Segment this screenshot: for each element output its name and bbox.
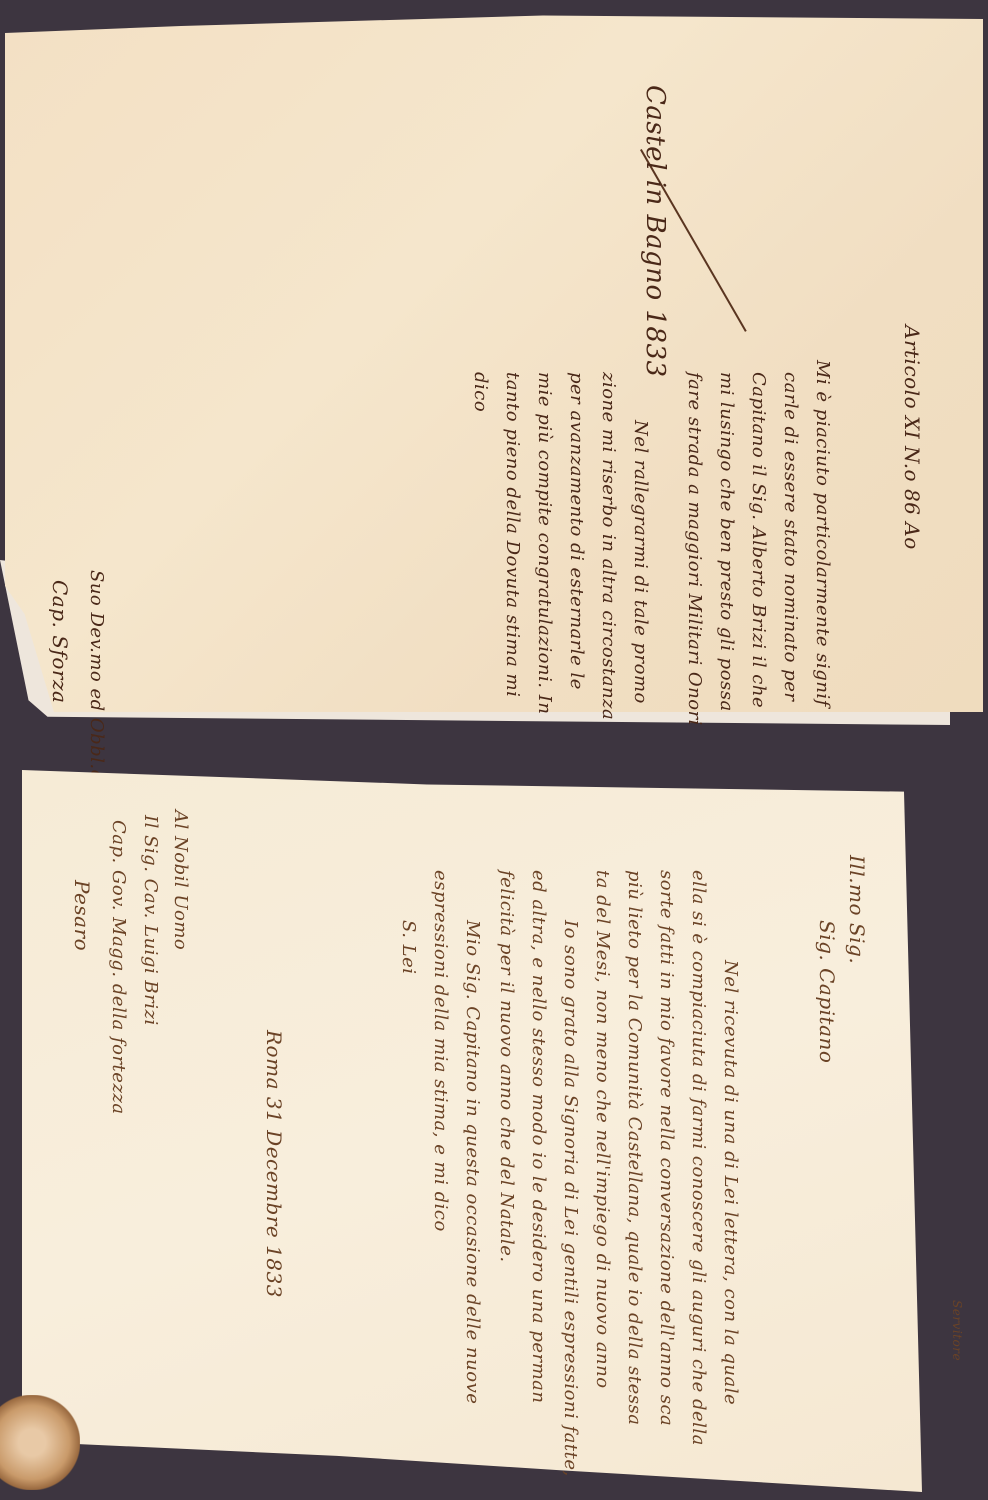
top-letter-line: tanto pieno della Dovuta stima mi bbox=[502, 372, 523, 697]
bottom-letter-salutation: Ill.mo Sig. bbox=[845, 855, 869, 964]
bottom-letter-line: Nel ricevuta di una di Lei lettera, con … bbox=[720, 960, 741, 1405]
bottom-letter-line: Io sono grato alla Signoria di Lei genti… bbox=[560, 920, 581, 1477]
top-letter-heading: Castel in Bagno 1833 bbox=[640, 85, 670, 378]
addressee-city: Pesaro bbox=[70, 880, 94, 951]
bottom-letter-line: ed altra, e nello stesso modo io le desi… bbox=[528, 870, 549, 1404]
top-letter-line: Capitano il Sig. Alberto Brizi il che bbox=[748, 372, 769, 708]
bottom-letter-salutation: Sig. Capitano bbox=[815, 920, 839, 1063]
addressee-line: Al Nobil Uomo bbox=[170, 810, 191, 950]
bottom-letter-line: ta del Mesi, non meno che nell'impiego d… bbox=[592, 870, 613, 1389]
top-letter-signature: Cap. Sforza bbox=[48, 580, 72, 703]
top-letter-line: dico bbox=[470, 372, 491, 412]
top-letter-line: zione mi riserbo in altra circostanza bbox=[598, 372, 619, 720]
bottom-letter-line: S. Lei bbox=[398, 920, 419, 975]
bottom-letter-line: più lieto per la Comunità Castellana, qu… bbox=[624, 870, 645, 1425]
top-letter-reference: Articolo XI N.o 86 Ao bbox=[900, 325, 924, 550]
bottom-letter-signature: Servitore bbox=[950, 1300, 964, 1361]
top-letter-closing: Suo Dev.mo ed Obbl.o bbox=[86, 570, 107, 781]
bottom-letter-line: felicità per il nuovo anno che del Natal… bbox=[496, 870, 517, 1263]
top-letter-line: mie più compite congratulazioni. In bbox=[534, 372, 555, 714]
bottom-letter-line: espressioni della mia stima, e mi dico bbox=[430, 870, 451, 1232]
bottom-letter-line: Mio Sig. Capitano in questa occasione de… bbox=[462, 920, 483, 1404]
water-stain bbox=[0, 1395, 80, 1490]
addressee-line: Il Sig. Cav. Luigi Brizi bbox=[140, 815, 161, 1026]
bottom-letter-date: Roma 31 Decembre 1833 bbox=[262, 1030, 286, 1298]
top-letter-sheet bbox=[5, 12, 983, 712]
top-letter-line: carle di essere stato nominato per bbox=[780, 372, 801, 701]
top-letter-line: per avanzamento di esternarle le bbox=[566, 372, 587, 690]
bottom-letter-line: ella si è compiaciuta di farmi conoscere… bbox=[688, 870, 709, 1446]
addressee-line: Cap. Gov. Magg. della fortezza bbox=[108, 820, 129, 1115]
top-letter-line: Nel rallegrarmi di tale promo bbox=[630, 420, 651, 704]
top-letter-line: Mi è piaciuto particolarmente signif bbox=[812, 360, 833, 707]
bottom-letter-line: sorte fatti in mio favore nella conversa… bbox=[656, 870, 677, 1426]
top-letter-line: fare strada a maggiori Militari Onori bbox=[684, 372, 705, 726]
top-letter-line: mi lusingo che ben presto gli possa bbox=[716, 372, 737, 712]
